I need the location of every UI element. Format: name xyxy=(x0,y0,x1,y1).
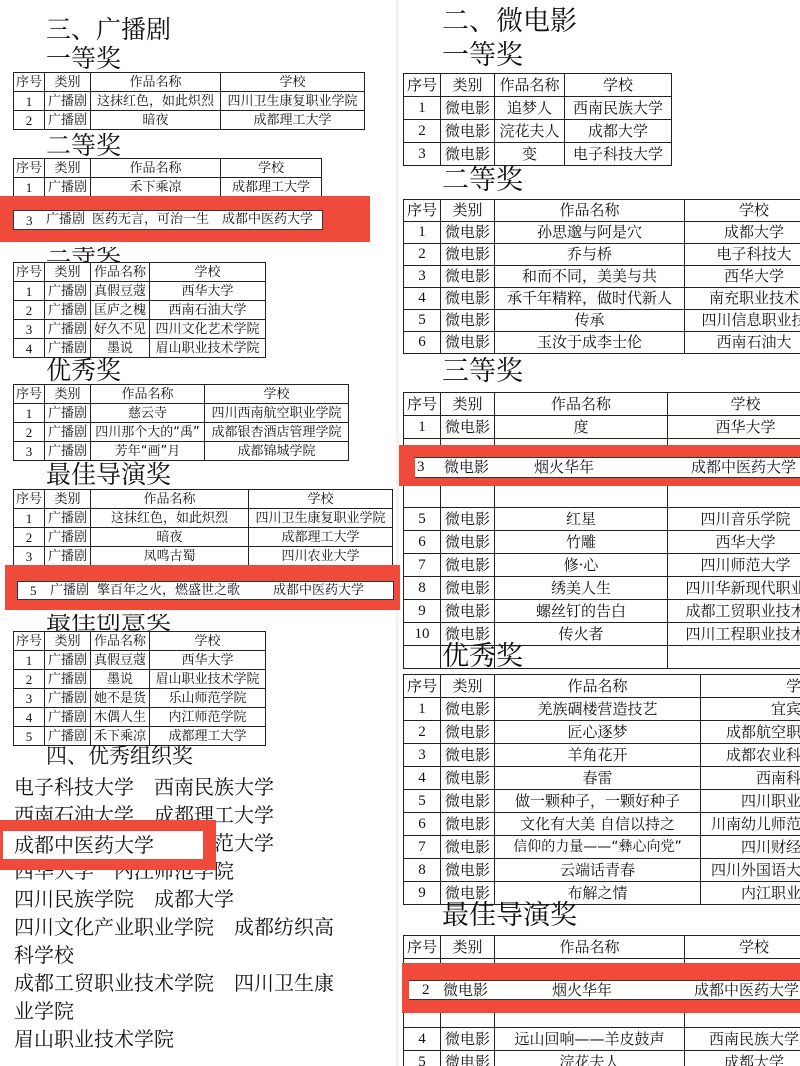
org-name: 成都中医药大学 xyxy=(14,835,154,855)
highlighted-row: 3 微电影 烟火华年 成都中医药大学 xyxy=(415,457,800,478)
cell-school: 宜宾 xyxy=(701,698,800,721)
header-title: 作品名称 xyxy=(495,200,685,222)
header-school: 学校 xyxy=(685,200,800,222)
film-excellence-table: 序号类别作品名称学 1微电影羌族碉楼营造技艺宜宾 2微电影匠心逐梦成都航空职 3… xyxy=(403,674,800,905)
table-header-row: 序号类别作品名称学校 xyxy=(404,200,800,222)
heading-excellence: 优秀奖 xyxy=(46,358,121,383)
cell-title: 墨说 xyxy=(91,339,150,358)
cell-title: 暗夜 xyxy=(91,528,249,547)
cell-number: 4 xyxy=(14,339,45,358)
cell-school: 成都中医药大学 xyxy=(273,584,364,597)
cell-school: 成都理工大学 xyxy=(221,111,365,130)
header-number: 序号 xyxy=(14,632,45,651)
table-header-row: 序号类别作品名称学校 xyxy=(404,936,800,959)
cell-school: 四川卫生康复职业学院 xyxy=(249,509,393,528)
cell-school: 四川文化艺术学院 xyxy=(150,320,266,339)
cell-category: 广播剧 xyxy=(45,528,91,547)
heading-best-director: 最佳导演奖 xyxy=(46,462,171,487)
table-row: 4微电影承千年精粹，做时代新人南充职业技术 xyxy=(404,288,800,310)
header-title: 作品名称 xyxy=(495,936,685,959)
cell-title: 真假豆蔻 xyxy=(91,282,150,301)
cell-category: 广播剧 xyxy=(45,547,91,566)
header-school: 学 xyxy=(701,675,800,698)
heading-first-prize: 一等奖 xyxy=(442,42,523,69)
cell-category: 微电影 xyxy=(444,460,489,475)
table-row: 1广播剧真假豆蔻西华大学 xyxy=(14,651,266,670)
org-line: 业学院 xyxy=(14,1001,74,1021)
cell-title: 螺丝钉的告白 xyxy=(495,600,668,623)
cell-school: 西华大学 xyxy=(685,266,800,288)
header-title: 作品名称 xyxy=(91,73,221,92)
org-line: 科学校 xyxy=(14,945,74,965)
table-row: 4微电影春雷西南科 xyxy=(404,767,800,790)
header-school: 学校 xyxy=(565,74,672,97)
cell-category: 微电影 xyxy=(441,859,495,882)
cell-title: 好久不见 xyxy=(91,320,150,339)
header-category: 类别 xyxy=(45,159,91,178)
cell-title: 擎百年之火，燃盛世之歌 xyxy=(97,584,240,597)
org-line: 四川民族学院 成都大学 xyxy=(14,889,234,909)
cell-category xyxy=(441,485,495,508)
cell-number: 4 xyxy=(404,288,441,310)
header-title: 作品名称 xyxy=(91,632,150,651)
film-second-prize-table: 序号类别作品名称学校 1微电影孙思邈与阿是穴成都大学 2微电影乔与桥电子科技大 … xyxy=(403,199,800,354)
table-row: 1广播剧慈云寺四川西南航空职业学院 xyxy=(14,404,349,423)
cell-number: 3 xyxy=(14,442,45,461)
header-category: 类别 xyxy=(441,393,495,416)
table-row: 1广播剧真假豆蔻西华大学 xyxy=(14,282,266,301)
table-row: 3微电影和而不同，美美与共西华大学 xyxy=(404,266,800,288)
highlighted-row: 2 微电影 烟火华年 成都中医药大学 xyxy=(409,980,800,1000)
cell-category: 广播剧 xyxy=(45,111,91,130)
cell-number: 1 xyxy=(404,222,441,244)
header-title: 作品名称 xyxy=(91,159,221,178)
header-title: 作品名称 xyxy=(495,74,565,97)
table-header-row: 序号类别作品名称学校 xyxy=(14,632,266,651)
cell-number: 1 xyxy=(14,509,45,528)
cell-number: 2 xyxy=(14,111,45,130)
table-row: 6微电影玉汝于成李士伦西南石油大 xyxy=(404,332,800,354)
cell-title: 文化有大美 自信以持之 xyxy=(495,813,701,836)
cell-category: 微电影 xyxy=(441,332,495,354)
cell-number: 5 xyxy=(404,1051,441,1066)
cell-category: 广播剧 xyxy=(45,727,91,746)
cell-category: 广播剧 xyxy=(45,423,91,442)
cell-number: 9 xyxy=(404,882,441,905)
cell-category: 微电影 xyxy=(443,983,488,998)
heading-third-prize: 三等奖 xyxy=(442,358,523,385)
cell-school: 成都工贸职业技术 xyxy=(668,600,800,623)
cell-title: 匡庐之槐 xyxy=(91,301,150,320)
cell-category: 广播剧 xyxy=(45,92,91,111)
highlighted-row: 3 广播剧 医药无言，可治一生 成都中医药大学 xyxy=(13,210,323,230)
table-header-row: 序号类别作品名称学校 xyxy=(14,490,393,509)
cell-number: 1 xyxy=(14,651,45,670)
film-first-prize-table: 序号类别作品名称学校 1微电影追梦人西南民族大学 2微电影浣花夫人成都大学 3微… xyxy=(403,73,672,166)
table-row: 2微电影匠心逐梦成都航空职 xyxy=(404,721,800,744)
table-row: 2广播剧暗夜成都理工大学 xyxy=(14,111,365,130)
org-line: 成都工贸职业技术学院 四川卫生康 xyxy=(14,973,334,993)
cell-school: 眉山职业技术学院 xyxy=(150,670,266,689)
radio-excellence-table: 序号类别作品名称学校 1广播剧慈云寺四川西南航空职业学院 2广播剧四川那个大的“… xyxy=(13,384,349,461)
cell-category: 广播剧 xyxy=(45,339,91,358)
cell-number: 8 xyxy=(404,577,441,600)
header-title: 作品名称 xyxy=(495,393,668,416)
table-row: 7微电影修·心四川师范大学 xyxy=(404,554,800,577)
cell-school: 成都中医药大学 xyxy=(222,213,313,226)
cell-title: 传承 xyxy=(495,310,685,332)
cell-category: 微电影 xyxy=(441,600,495,623)
cell-title: 这抹红色，如此炽烈 xyxy=(91,92,221,111)
cell-title: 她不是货 xyxy=(91,689,150,708)
cell-school: 西华大学 xyxy=(150,651,266,670)
cell-number: 4 xyxy=(404,767,441,790)
table-row: 3广播剧好久不见四川文化艺术学院 xyxy=(14,320,266,339)
cell-number: 6 xyxy=(404,813,441,836)
heading-second-prize: 二等奖 xyxy=(442,167,523,194)
heading-first-prize: 一等奖 xyxy=(46,46,121,71)
cell-number: 2 xyxy=(422,983,430,998)
cell-school: 西南民族大学 xyxy=(565,97,672,120)
cell-category: 微电影 xyxy=(441,531,495,554)
highlighted-row: 5 广播剧 擎百年之火，燃盛世之歌 成都中医药大学 xyxy=(17,581,394,600)
cell-number: 10 xyxy=(404,623,441,646)
header-school: 学校 xyxy=(685,936,800,959)
cell-category: 微电影 xyxy=(441,416,495,439)
header-school: 学校 xyxy=(205,385,349,404)
cell-number: 3 xyxy=(14,320,45,339)
table-row: 7微电影信仰的力量——“彝心向党”四川财经 xyxy=(404,836,800,859)
cell-title: 禾下乘凉 xyxy=(91,178,221,197)
cell-school: 西南科 xyxy=(701,767,800,790)
cell-number: 2 xyxy=(404,120,441,143)
cell-number: 3 xyxy=(404,744,441,767)
highlight-box-film-third: 3 微电影 烟火华年 成都中医药大学 xyxy=(399,445,800,486)
table-row: 5微电影浣花夫人成都大学 xyxy=(404,1051,800,1066)
cell-number: 4 xyxy=(404,1028,441,1051)
cell-title: 修·心 xyxy=(495,554,668,577)
cell-title: 这抹红色，如此炽烈 xyxy=(91,509,249,528)
cell-number: 6 xyxy=(404,531,441,554)
cell-number: 4 xyxy=(14,708,45,727)
cell-school: 四川外国语大 xyxy=(701,859,800,882)
cell-number: 2 xyxy=(14,423,45,442)
cell-school: 成都航空职 xyxy=(701,721,800,744)
cell-number: 9 xyxy=(404,600,441,623)
cell-category: 广播剧 xyxy=(45,708,91,727)
cell-school: 成都大学 xyxy=(565,120,672,143)
header-title: 作品名称 xyxy=(91,490,249,509)
cell-number: 3 xyxy=(26,214,33,227)
table-row: 1微电影追梦人西南民族大学 xyxy=(404,97,672,120)
cell-title: 做一颗种子，一颗好种子 xyxy=(495,790,701,813)
table-header-row: 序号类别作品名称学 xyxy=(404,675,800,698)
cell-school: 成都银杏酒店管理学院 xyxy=(205,423,349,442)
radio-best-creative-table: 序号类别作品名称学校 1广播剧真假豆蔻西华大学 2广播剧墨说眉山职业技术学院 3… xyxy=(13,631,266,746)
cell-school: 眉山职业技术学院 xyxy=(150,339,266,358)
table-row: 1微电影羌族碉楼营造技艺宜宾 xyxy=(404,698,800,721)
cell-number: 1 xyxy=(14,92,45,111)
cell-title: 玉汝于成李士伦 xyxy=(495,332,685,354)
table-header-row: 序号类别作品名称学校 xyxy=(14,73,365,92)
cell-title: 芳年“画”月 xyxy=(91,442,205,461)
cell-school: 电子科技大学 xyxy=(565,143,672,166)
cell-category: 广播剧 xyxy=(45,442,91,461)
header-number: 序号 xyxy=(404,74,441,97)
table-row: 3广播剧她不是货乐山师范学院 xyxy=(14,689,266,708)
cell-title: 乔与桥 xyxy=(495,244,685,266)
cell-category: 广播剧 xyxy=(50,584,89,597)
cell-school: 四川职业 xyxy=(701,790,800,813)
cell-number xyxy=(404,646,441,669)
cell-school: 西南石油大 xyxy=(685,332,800,354)
cell-category: 广播剧 xyxy=(45,670,91,689)
cell-school: 西南石油大学 xyxy=(150,301,266,320)
header-category: 类别 xyxy=(45,385,91,404)
cell-school xyxy=(668,646,800,669)
cell-title: 暗夜 xyxy=(91,111,221,130)
cell-school: 乐山师范学院 xyxy=(150,689,266,708)
cell-school: 成都中医药大学 xyxy=(694,983,799,998)
table-row: 5微电影传承四川信息职业技 xyxy=(404,310,800,332)
header-number: 序号 xyxy=(404,675,441,698)
cell-title: 和而不同，美美与共 xyxy=(495,266,685,288)
cell-number: 5 xyxy=(404,508,441,531)
cell-school: 内江师范学院 xyxy=(150,708,266,727)
cell-title: 禾下乘凉 xyxy=(91,727,150,746)
cell-title: 绣美人生 xyxy=(495,577,668,600)
header-category: 类别 xyxy=(441,936,495,959)
header-school: 学校 xyxy=(221,159,322,178)
cell-title: 变 xyxy=(495,143,565,166)
cell-title: 医药无言，可治一生 xyxy=(92,213,209,226)
cell-title: 真假豆蔻 xyxy=(91,651,150,670)
table-row: 5广播剧禾下乘凉成都理工大学 xyxy=(14,727,266,746)
micro-film-column: 二、微电影 一等奖 序号类别作品名称学校 1微电影追梦人西南民族大学 2微电影浣… xyxy=(398,0,800,1066)
cell-school: 西华大学 xyxy=(668,531,800,554)
cell-number: 2 xyxy=(14,301,45,320)
table-row: 9微电影螺丝钉的告白成都工贸职业技术 xyxy=(404,600,800,623)
cell-title: 四川那个大的“禹” xyxy=(91,423,205,442)
cell-number: 5 xyxy=(404,310,441,332)
cell-school: 四川农业大学 xyxy=(249,547,393,566)
cell-school: 西华大学 xyxy=(668,416,800,439)
cell-title: 匠心逐梦 xyxy=(495,721,701,744)
table-row: 4广播剧墨说眉山职业技术学院 xyxy=(14,339,266,358)
table-row: 6微电影文化有大美 自信以持之川南幼儿师范 xyxy=(404,813,800,836)
cell-category: 广播剧 xyxy=(45,689,91,708)
cell-number: 1 xyxy=(14,178,45,197)
cell-category: 微电影 xyxy=(441,288,495,310)
cell-title: 信仰的力量——“彝心向党” xyxy=(495,836,701,859)
cell-title: 度 xyxy=(495,416,668,439)
cell-school: 四川音乐学院 xyxy=(668,508,800,531)
table-row: 2广播剧墨说眉山职业技术学院 xyxy=(14,670,266,689)
cell-title: 烟火华年 xyxy=(552,983,612,998)
cell-number: 7 xyxy=(404,554,441,577)
cell-category: 广播剧 xyxy=(45,282,91,301)
film-third-prize-table: 序号类别作品名称学校 1微电影度西华大学 5微电影红星四川音乐学院 6微电影竹雕… xyxy=(403,392,800,669)
cell-category: 微电影 xyxy=(441,813,495,836)
radio-third-prize-table: 序号类别作品名称学校 1广播剧真假豆蔻西华大学 2广播剧匡庐之槐西南石油大学 3… xyxy=(13,262,266,358)
cell-title: 羊角花开 xyxy=(495,744,701,767)
section-title-radio-drama: 三、广播剧 xyxy=(46,17,171,42)
cell-number xyxy=(404,485,441,508)
table-row: 4微电影远山回响——羊皮鼓声西南民族大学 xyxy=(404,1028,800,1051)
table-row: 5微电影红星四川音乐学院 xyxy=(404,508,800,531)
header-school: 学校 xyxy=(668,393,800,416)
cell-category: 广播剧 xyxy=(45,178,91,197)
cell-category: 微电影 xyxy=(441,1028,495,1051)
table-row: 4广播剧木偶人生内江师范学院 xyxy=(14,708,266,727)
cell-category: 微电影 xyxy=(441,310,495,332)
cell-school: 成都大学 xyxy=(685,1051,800,1066)
cell-title: 孙思邈与阿是穴 xyxy=(495,222,685,244)
cell-category: 微电影 xyxy=(441,508,495,531)
cell-school: 川南幼儿师范 xyxy=(701,813,800,836)
cell-category: 微电影 xyxy=(441,767,495,790)
header-number: 序号 xyxy=(14,263,45,282)
header-school: 学校 xyxy=(221,73,365,92)
cell-category: 微电影 xyxy=(441,698,495,721)
table-row: 5微电影做一颗种子，一颗好种子四川职业 xyxy=(404,790,800,813)
cell-title: 春雷 xyxy=(495,767,701,790)
table-row: 2广播剧匡庐之槐西南石油大学 xyxy=(14,301,266,320)
org-line: 眉山职业技术学院 xyxy=(14,1029,174,1049)
cell-title: 红星 xyxy=(495,508,668,531)
cell-number: 3 xyxy=(14,689,45,708)
table-row: 2广播剧四川那个大的“禹”成都银杏酒店管理学院 xyxy=(14,423,349,442)
table-row: 3广播剧凤鸣古蜀四川农业大学 xyxy=(14,547,393,566)
table-row: 8微电影云端话青春四川外国语大 xyxy=(404,859,800,882)
cell-title: 承千年精粹，做时代新人 xyxy=(495,288,685,310)
highlighted-org: 成都中医药大学 xyxy=(3,831,203,859)
cell-category: 微电影 xyxy=(441,790,495,813)
cell-category: 微电影 xyxy=(441,143,495,166)
radio-first-prize-table: 序号类别作品名称学校 1广播剧这抹红色，如此炽烈四川卫生康复职业学院 2广播剧暗… xyxy=(13,72,365,130)
cell-school: 成都锦城学院 xyxy=(205,442,349,461)
cell-title xyxy=(495,485,668,508)
table-header-row: 序号类别作品名称学校 xyxy=(404,74,672,97)
header-category: 类别 xyxy=(441,200,495,222)
cell-school: 成都理工大学 xyxy=(150,727,266,746)
heading-best-creative: 最佳创意奖 xyxy=(46,608,171,633)
cell-school: 成都中医药大学 xyxy=(691,460,796,475)
header-title: 作品名称 xyxy=(91,385,205,404)
cell-school: 四川工程职业技术 xyxy=(668,623,800,646)
cell-number: 5 xyxy=(14,727,45,746)
cell-school: 成都农业科 xyxy=(701,744,800,767)
table-header-row: 序号类别作品名称学校 xyxy=(14,159,322,178)
header-school: 学校 xyxy=(150,263,266,282)
cell-number: 3 xyxy=(14,547,45,566)
cell-category: 广播剧 xyxy=(45,320,91,339)
org-line: 电子科技大学 西南民族大学 xyxy=(14,777,274,797)
table-row: 1广播剧这抹红色，如此炽烈四川卫生康复职业学院 xyxy=(14,92,365,111)
cell-category: 微电影 xyxy=(441,554,495,577)
cell-number: 3 xyxy=(417,460,425,475)
table-row: 1广播剧禾下乘凉成都理工大学 xyxy=(14,178,322,197)
heading-second-prize: 二等奖 xyxy=(46,133,121,158)
cell-title: 浣花夫人 xyxy=(495,1051,685,1066)
cell-school: 四川卫生康复职业学院 xyxy=(221,92,365,111)
cell-school: 成都理工大学 xyxy=(221,178,322,197)
table-row: 3广播剧芳年“画”月成都锦城学院 xyxy=(14,442,349,461)
cell-number: 2 xyxy=(404,244,441,266)
highlight-box-org-award: 成都中医药大学 xyxy=(0,820,216,870)
cell-category: 微电影 xyxy=(441,97,495,120)
cell-number: 1 xyxy=(404,97,441,120)
cell-category: 微电影 xyxy=(441,721,495,744)
table-row: 2微电影浣花夫人成都大学 xyxy=(404,120,672,143)
cell-title: 追梦人 xyxy=(495,97,565,120)
table-row: 8微电影绣美人生四川华新现代职业 xyxy=(404,577,800,600)
table-row: 2微电影乔与桥电子科技大 xyxy=(404,244,800,266)
header-school: 学校 xyxy=(249,490,393,509)
cell-school: 西华大学 xyxy=(150,282,266,301)
header-number: 序号 xyxy=(14,490,45,509)
cell-school: 四川师范大学 xyxy=(668,554,800,577)
cell-number: 5 xyxy=(404,790,441,813)
cell-category: 微电影 xyxy=(441,744,495,767)
cell-school: 四川信息职业技 xyxy=(685,310,800,332)
header-category: 类别 xyxy=(45,490,91,509)
cell-category: 微电影 xyxy=(441,1051,495,1066)
header-category: 类别 xyxy=(45,73,91,92)
cell-category: 广播剧 xyxy=(45,651,91,670)
cell-category: 微电影 xyxy=(441,836,495,859)
cell-title: 云端话青春 xyxy=(495,859,701,882)
cell-number: 1 xyxy=(404,416,441,439)
header-school: 学校 xyxy=(150,632,266,651)
cell-title: 木偶人生 xyxy=(91,708,150,727)
cell-number: 5 xyxy=(30,584,37,597)
cell-title: 凤鸣古蜀 xyxy=(91,547,249,566)
cell-school: 内江职业 xyxy=(701,882,800,905)
cell-number: 7 xyxy=(404,836,441,859)
cell-category: 广播剧 xyxy=(45,301,91,320)
cell-school: 电子科技大 xyxy=(685,244,800,266)
table-row xyxy=(404,485,800,508)
header-number: 序号 xyxy=(404,200,441,222)
org-line: 四川文化产业职业学院 成都纺织高 xyxy=(14,917,334,937)
cell-title: 远山回响——羊皮鼓声 xyxy=(495,1028,685,1051)
cell-number: 3 xyxy=(404,266,441,288)
cell-category: 微电影 xyxy=(441,266,495,288)
cell-school xyxy=(668,485,800,508)
cell-number: 1 xyxy=(404,698,441,721)
cell-number: 2 xyxy=(14,670,45,689)
cell-number: 3 xyxy=(404,143,441,166)
table-row: 3微电影羊角花开成都农业科 xyxy=(404,744,800,767)
cell-school: 西南民族大学 xyxy=(685,1028,800,1051)
table-header-row: 序号类别作品名称学校 xyxy=(404,393,800,416)
cell-category: 微电影 xyxy=(441,244,495,266)
header-category: 类别 xyxy=(45,632,91,651)
table-row: 1微电影孙思邈与阿是穴成都大学 xyxy=(404,222,800,244)
cell-title: 烟火华年 xyxy=(534,460,594,475)
table-row: 1微电影度西华大学 xyxy=(404,416,800,439)
header-number: 序号 xyxy=(404,936,441,959)
header-category: 类别 xyxy=(441,74,495,97)
cell-title: 羌族碉楼营造技艺 xyxy=(495,698,701,721)
header-number: 序号 xyxy=(404,393,441,416)
cell-number: 2 xyxy=(14,528,45,547)
heading-excellence: 优秀奖 xyxy=(442,643,523,670)
cell-category: 广播剧 xyxy=(45,509,91,528)
cell-category: 微电影 xyxy=(441,222,495,244)
cell-category: 微电影 xyxy=(441,577,495,600)
